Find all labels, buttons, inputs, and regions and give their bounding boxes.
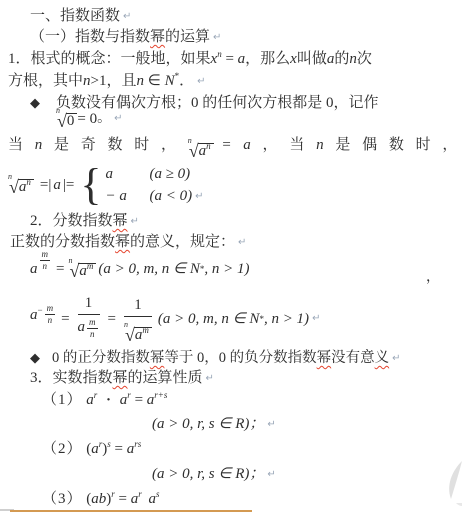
paragraph-mark-icon: ↵ [123, 11, 131, 22]
exponent-m: m [87, 261, 94, 271]
paragraph-mark-icon: ↵ [206, 373, 214, 384]
radicand: am [134, 327, 152, 343]
comma: ， [263, 137, 282, 153]
paragraph-mark-icon: ↵ [312, 309, 320, 329]
brace-icon: { [80, 165, 101, 205]
equals: = [115, 441, 127, 457]
root-index: n [56, 101, 60, 121]
text-run: 等于 0，0 的负分数指数 [164, 350, 316, 366]
condition-tail: , n > 1) [204, 259, 249, 279]
radicand: am [78, 263, 96, 279]
diamond-bullet-icon: ◆ [30, 351, 40, 366]
paragraph-mark-icon: ↵ [238, 237, 246, 248]
misspelled-char: 幂 [150, 350, 165, 366]
equals-zero: = 0 [77, 109, 97, 129]
case2-value: − a [105, 185, 139, 207]
text-run: 是 偶 数 时 ， [335, 137, 461, 153]
exponent-fraction: mn [40, 250, 51, 271]
exponent-rs: rs [134, 439, 141, 449]
nth-root: n√an [188, 139, 214, 159]
paragraph-mark-icon: ↵ [195, 187, 203, 207]
case2-condition: (a < 0) [149, 185, 192, 207]
page-curl-watermark [444, 459, 462, 515]
subsection-title: （一）指数与指数幂的运算↵ [30, 27, 221, 48]
text-run: 的意义，规定： [130, 234, 235, 250]
text-run: 的运算 [165, 29, 210, 45]
item-number: （3） [42, 491, 83, 507]
var-n: n [83, 73, 91, 89]
base-a: a [91, 441, 99, 457]
exponent-fraction: mn [45, 304, 56, 325]
nth-root: n√0 [56, 109, 77, 129]
equals: = [108, 309, 116, 329]
paragraph-mark-icon: ↵ [213, 32, 221, 43]
exponent-s: s [107, 439, 111, 449]
diamond-bullet-icon: ◆ [30, 96, 40, 111]
equals: = [61, 309, 69, 329]
piecewise-cases: a (a ≥ 0) − a (a < 0) [105, 163, 192, 207]
var-n: n [136, 73, 144, 89]
root-index: n [8, 167, 12, 187]
exponent-r: r [138, 489, 142, 499]
denominator: amn [78, 315, 100, 345]
misspelled-char: 幂 [113, 213, 128, 229]
text-run: 2．分数指数 [30, 213, 113, 229]
misspelled-char: 义 [375, 350, 390, 366]
set-N: N [165, 73, 175, 89]
fraction-one-over-root: 1 n√am [124, 295, 152, 343]
paragraph-mark-icon: ↵ [197, 76, 205, 87]
numerator-one: 1 [124, 295, 152, 317]
heading-3: 3．实数指数幂的运算性质↵ [30, 368, 214, 389]
radicand: 0 [66, 113, 78, 129]
section-title: 一、指数函数↵ [30, 6, 131, 27]
text-run: 当 [289, 137, 308, 153]
bottom-accent-line [10, 510, 252, 512]
base-a: a [30, 307, 38, 323]
radicand: an [18, 179, 34, 195]
text-run: 当 [8, 137, 27, 153]
text-run: 次 [357, 51, 372, 67]
nth-root: n√an [8, 175, 34, 195]
radicand: an [198, 143, 214, 159]
formula-positive-fraction-power: a mn = n√am (a > 0, m, n ∈ N*, n > 1) ， [30, 258, 250, 279]
property-2-condition: (a > 0, r, s ∈ R)；↵ [152, 464, 276, 485]
var-a: a [79, 263, 87, 279]
paragraph-mark-icon: ↵ [114, 109, 122, 129]
misspelled-char: 幂 [150, 29, 165, 45]
paragraph-mark-icon: ↵ [392, 353, 400, 364]
misspelled-char: 幂 [317, 350, 332, 366]
equals: = [119, 491, 131, 507]
root-index: n [188, 131, 192, 151]
var-n: n [316, 137, 328, 153]
text-run: 的运算性质 [128, 370, 203, 386]
equals: = [56, 259, 64, 279]
cjk-period: 。 [97, 109, 111, 129]
trailing-comma: ， [426, 268, 440, 288]
minus-sign: − [38, 305, 43, 315]
formula-negative-fraction-power: a−mn = 1 amn = 1 n√am (a > 0, m, n ∈ N*,… [30, 293, 320, 345]
exponent-m: m [142, 325, 149, 335]
exponent-r: r [94, 390, 98, 400]
text-run: 3．实数指数 [30, 370, 113, 386]
item-number: （2） [42, 441, 83, 457]
bullet-note-2: ◆0 的正分数指数幂等于 0，0 的负分数指数幂没有意义↵ [30, 348, 401, 369]
var-x: x [290, 51, 297, 67]
condition-text: (a > 0, r, s ∈ R)； [152, 466, 264, 482]
root-index: n [124, 315, 128, 335]
base-ab: ab [91, 491, 106, 507]
period: ． [179, 73, 194, 89]
base-a: a [30, 259, 38, 279]
property-3: （3） (ab)r = ar as [42, 489, 160, 509]
item-number: （1） [42, 392, 83, 408]
left-side: a−mn [30, 305, 57, 333]
var-n: n [349, 51, 357, 67]
pipe-equals: |= [63, 175, 74, 195]
denominator: n√am [124, 317, 152, 343]
title-text: 一、指数函数 [30, 8, 120, 24]
element-of: ∈ [144, 73, 165, 89]
case1-condition: (a ≥ 0) [149, 163, 192, 185]
exponent-r: r [111, 489, 115, 499]
base-a: a [86, 392, 94, 408]
equals-a: = a [221, 137, 254, 153]
multiplication-dot: · [106, 392, 111, 408]
formula-root-zero: n√0 = 0 。 ↵ [56, 109, 123, 129]
heading-2: 2．分数指数幂↵ [30, 211, 139, 232]
numerator-m: m [45, 304, 56, 315]
property-1-condition: (a > 0, r, s ∈ R)；↵ [152, 414, 276, 435]
condition: (a > 0, m, n ∈ N [158, 309, 260, 329]
paragraph-mark-icon: ↵ [267, 419, 275, 430]
definition-line-2: 方根，其中n>1，且n ∈ N*．↵ [8, 71, 205, 92]
paragraph-mark-icon: ↵ [131, 216, 139, 227]
text-run: 没有意 [331, 350, 375, 366]
exponent-s: s [156, 489, 160, 499]
base-a: a [149, 491, 157, 507]
var-n: n [35, 137, 47, 153]
exponent-r: r [127, 390, 131, 400]
equals: = [135, 392, 147, 408]
property-2: （2） (ar)s = ars [42, 439, 141, 459]
text-run: 叫做 [297, 51, 327, 67]
property-1: （1） ar · ar = ar+s [42, 390, 167, 410]
odd-even-rule-line: 当 n 是 奇 数 时 ， n√an = a ， 当 n 是 偶 数 时 ， [8, 135, 461, 159]
paragraph-mark-icon: ↵ [267, 469, 275, 480]
fraction-one-over-a: 1 amn [78, 293, 100, 345]
text-run: 的 [334, 51, 349, 67]
text-run: ，那么 [245, 51, 290, 67]
exponent-n: n [206, 141, 211, 151]
root-index: n [68, 251, 72, 271]
text-run: 1．根式的概念：一般地，如果 [8, 51, 211, 67]
denominator-n: n [48, 315, 53, 325]
exponent-n: n [26, 177, 31, 187]
var-a: a [53, 175, 61, 195]
exponent-r-plus-s: r+s [154, 390, 167, 400]
numerator-m: m [87, 318, 98, 329]
misspelled-char: 幂 [115, 234, 130, 250]
text-run: （一）指数与指数 [30, 29, 150, 45]
denominator-n: n [43, 261, 48, 271]
formula-piecewise: n√an =| a |= { a (a ≥ 0) − a (a < 0) ↵ [8, 163, 203, 207]
numerator-one: 1 [78, 293, 100, 315]
case1-value: a [105, 163, 139, 185]
text-run: 是 奇 数 时 ， [54, 137, 180, 153]
equals-pipe: =| [40, 175, 51, 195]
definition-line-1: 1．根式的概念：一般地，如果xn = a，那么x叫做a的n次 [8, 49, 372, 69]
equals: = [222, 51, 238, 67]
condition: (a > 0, m, n ∈ N [98, 259, 200, 279]
exponent-fraction: mn [87, 318, 98, 339]
condition-text: (a > 0, r, s ∈ R)； [152, 416, 264, 432]
condition-tail: , n > 1) [264, 309, 309, 329]
base-a: a [78, 319, 86, 335]
text-run: >1，且 [91, 73, 137, 89]
text-run: 方根，其中 [8, 73, 83, 89]
misspelled-char: 幂 [113, 370, 128, 386]
nth-root: n√am [68, 259, 96, 279]
nth-root: n√am [124, 323, 152, 343]
text-run: 0 的正分数指数 [52, 350, 150, 366]
text-run: 正数的分数指数 [10, 234, 115, 250]
numerator-m: m [40, 250, 51, 261]
denominator-n: n [90, 329, 95, 339]
math-notes-page: 一、指数函数↵ （一）指数与指数幂的运算↵ 1．根式的概念：一般地，如果xn =… [0, 0, 462, 515]
